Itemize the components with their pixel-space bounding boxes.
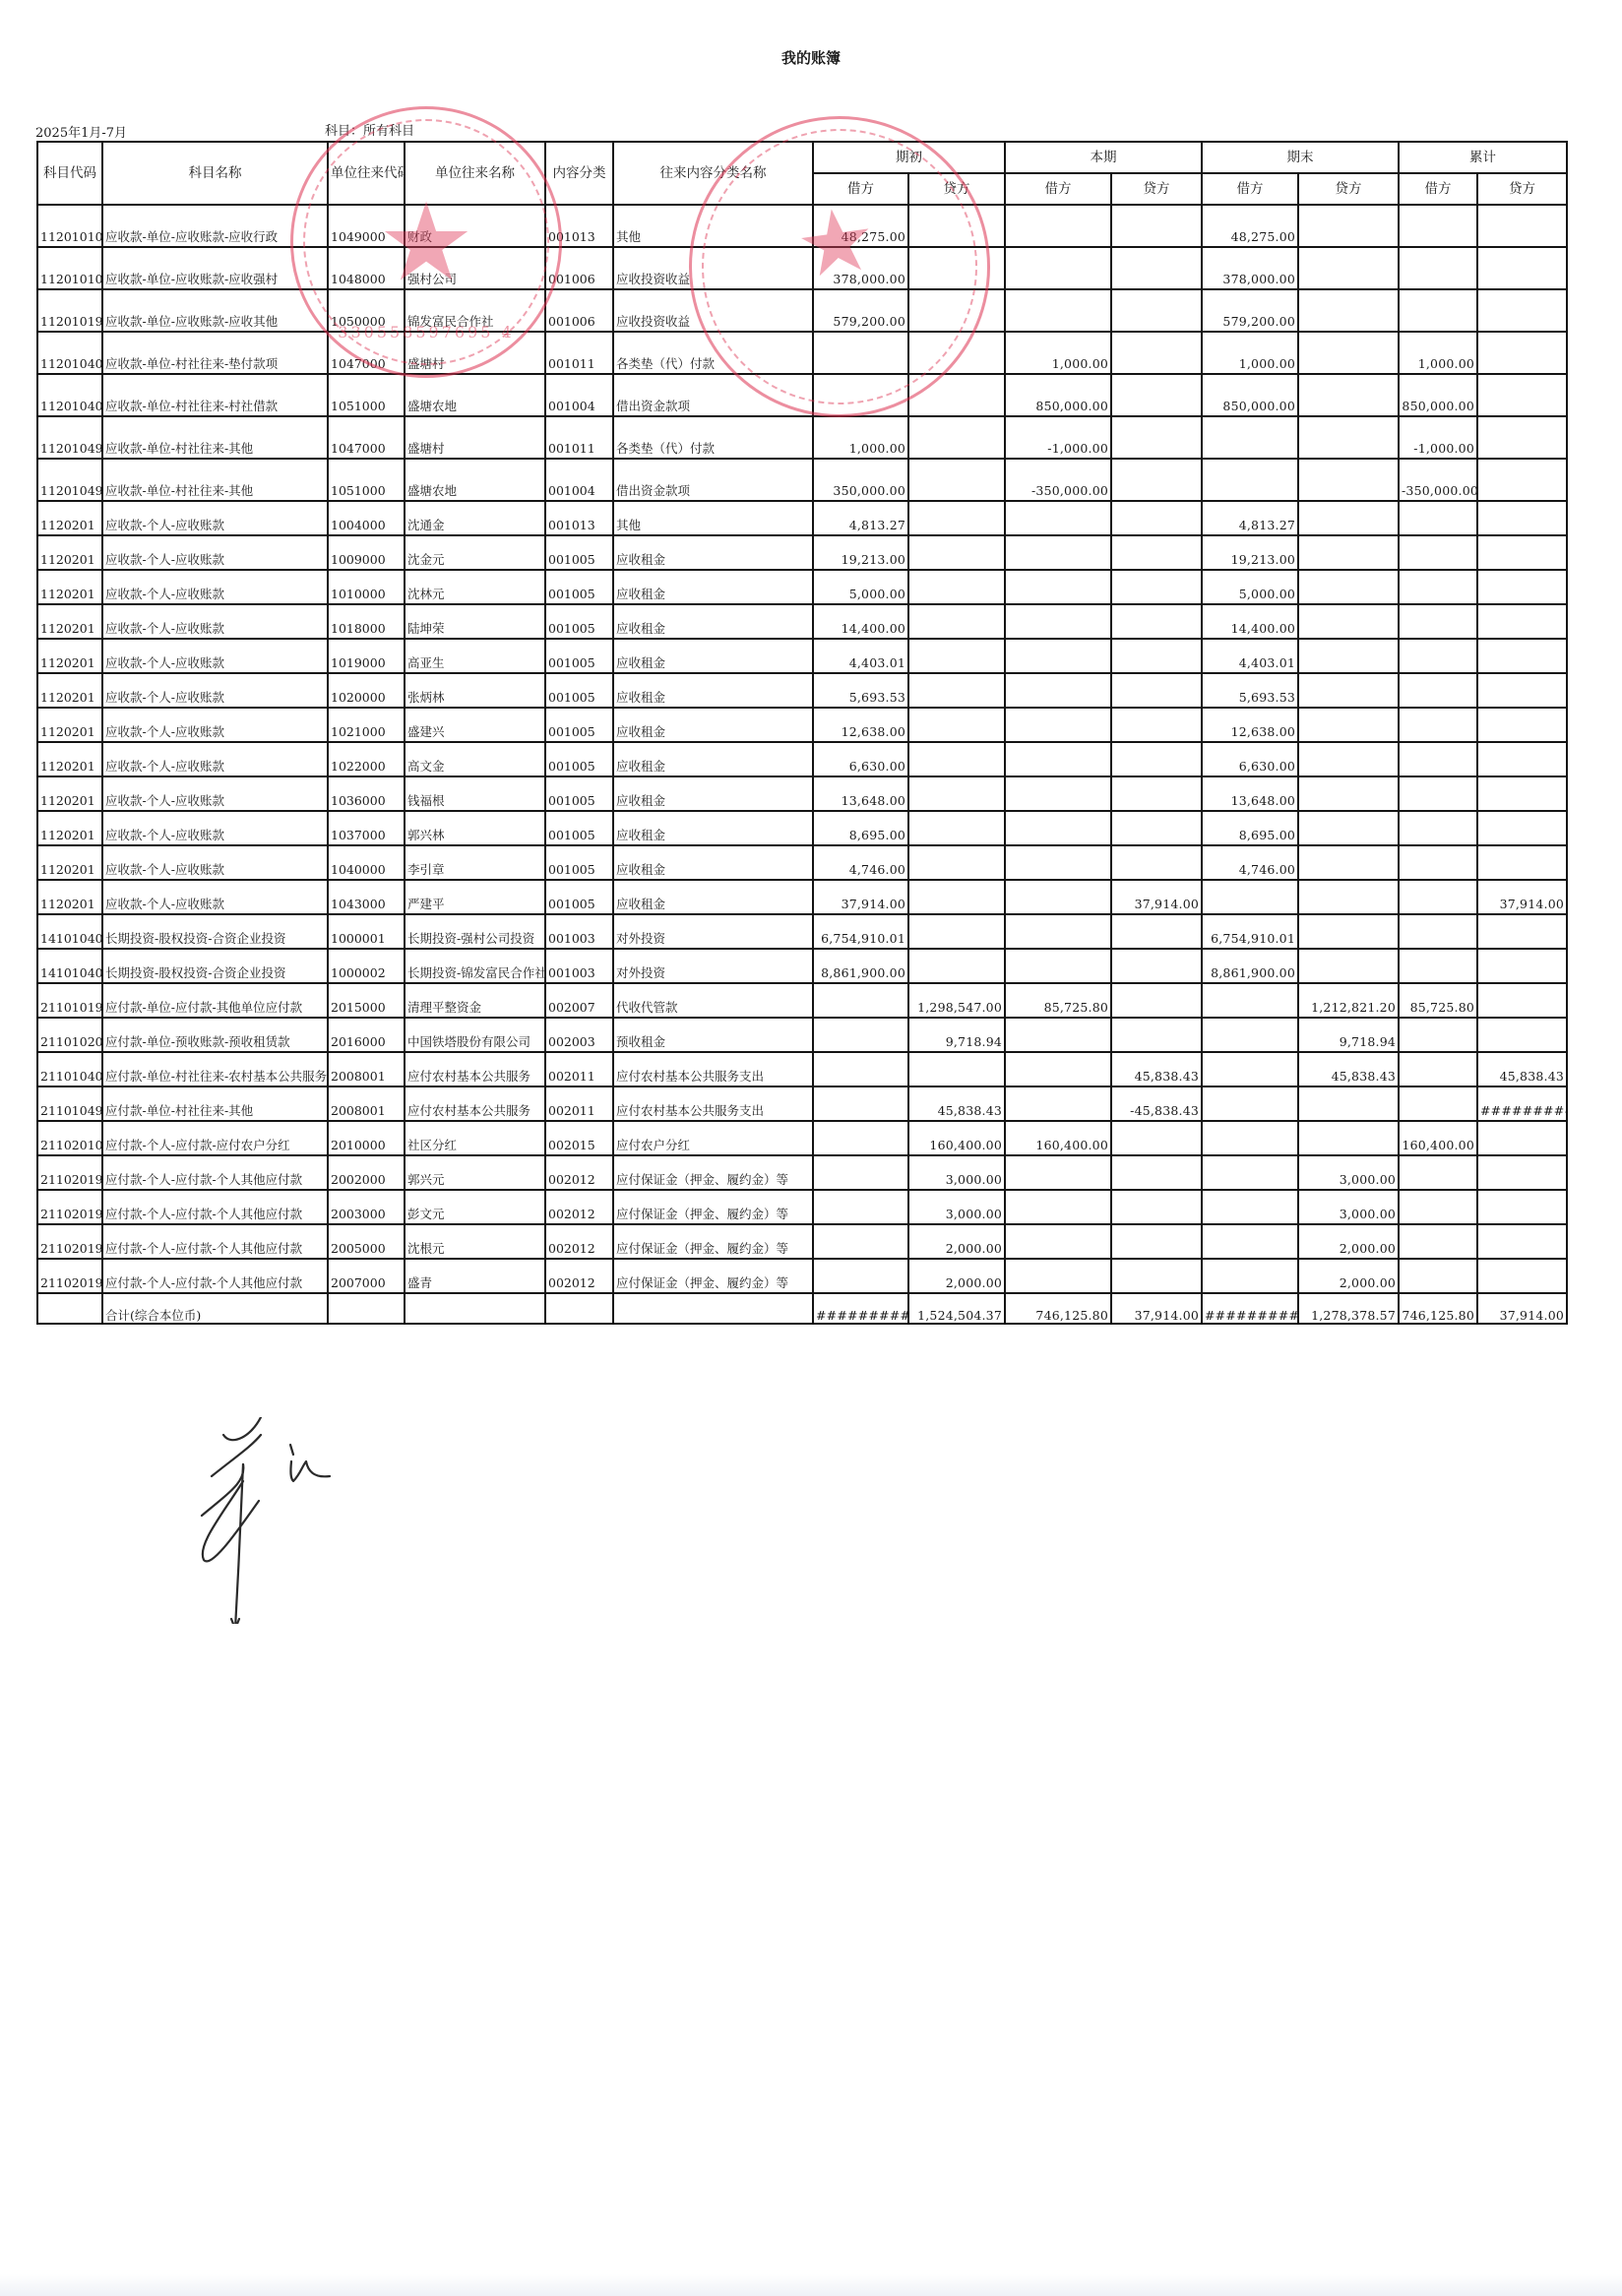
cumulative-debit-cell bbox=[1399, 776, 1477, 811]
cumulative-credit-cell bbox=[1477, 604, 1567, 639]
unit-code-cell: 1004000 bbox=[328, 501, 405, 535]
opening-credit-cell bbox=[908, 845, 1005, 880]
content-class-name-cell: 应付保证金（押金、履约金）等 bbox=[613, 1224, 813, 1259]
current-debit-cell: 1,000.00 bbox=[1005, 332, 1111, 374]
total-empty-cell bbox=[405, 1293, 545, 1324]
content-class-cell: 001011 bbox=[545, 416, 613, 459]
content-class-name-cell: 应收租金 bbox=[613, 604, 813, 639]
content-class-name-cell: 应收租金 bbox=[613, 776, 813, 811]
opening-credit-cell bbox=[908, 332, 1005, 374]
opening-debit-cell: 8,695.00 bbox=[813, 811, 908, 845]
subject-name-cell: 应收款-个人-应收账款 bbox=[102, 742, 328, 776]
current-credit-cell bbox=[1111, 501, 1202, 535]
subject-name-cell: 应收款-个人-应收账款 bbox=[102, 570, 328, 604]
opening-credit-cell bbox=[908, 639, 1005, 673]
cumulative-debit-cell: 1,000.00 bbox=[1399, 332, 1477, 374]
total-cur-dr-cell: 746,125.80 bbox=[1005, 1293, 1111, 1324]
content-class-name-cell: 应付保证金（押金、履约金）等 bbox=[613, 1190, 813, 1224]
cumulative-debit-cell bbox=[1399, 708, 1477, 742]
content-class-cell: 001005 bbox=[545, 742, 613, 776]
cumulative-credit-cell bbox=[1477, 1018, 1567, 1052]
current-credit-cell bbox=[1111, 416, 1202, 459]
subject-code-cell: 1120201 bbox=[37, 845, 102, 880]
opening-debit-cell bbox=[813, 1052, 908, 1086]
cumulative-debit-cell bbox=[1399, 1259, 1477, 1293]
ending-credit-cell bbox=[1298, 247, 1399, 289]
unit-code-cell: 1050000 bbox=[328, 289, 405, 332]
cumulative-credit-cell bbox=[1477, 416, 1567, 459]
header-unit-code: 单位往来代码 bbox=[328, 142, 405, 205]
opening-debit-cell bbox=[813, 1086, 908, 1121]
opening-credit-cell bbox=[908, 501, 1005, 535]
unit-name-cell: 盛青 bbox=[405, 1259, 545, 1293]
table-row: 11201019应收款-单位-应收账款-应收其他1050000锦发富民合作社00… bbox=[37, 289, 1567, 332]
unit-code-cell: 1047000 bbox=[328, 416, 405, 459]
unit-name-cell: 盛塘农地 bbox=[405, 374, 545, 416]
content-class-cell: 001005 bbox=[545, 880, 613, 914]
current-credit-cell bbox=[1111, 205, 1202, 247]
unit-name-cell: 社区分红 bbox=[405, 1121, 545, 1155]
ending-credit-cell bbox=[1298, 289, 1399, 332]
ending-credit-cell: 9,718.94 bbox=[1298, 1018, 1399, 1052]
unit-code-cell: 1047000 bbox=[328, 332, 405, 374]
subject-name-cell: 应收款-个人-应收账款 bbox=[102, 604, 328, 639]
cumulative-credit-cell bbox=[1477, 289, 1567, 332]
unit-name-cell: 应付农村基本公共服务 bbox=[405, 1086, 545, 1121]
cumulative-debit-cell bbox=[1399, 1018, 1477, 1052]
content-class-name-cell: 其他 bbox=[613, 501, 813, 535]
document-title: 我的账簿 bbox=[0, 47, 1622, 68]
ending-debit-cell bbox=[1202, 1259, 1298, 1293]
opening-debit-cell: 6,630.00 bbox=[813, 742, 908, 776]
opening-credit-cell: 45,838.43 bbox=[908, 1086, 1005, 1121]
cumulative-credit-cell bbox=[1477, 1121, 1567, 1155]
header-credit: 贷方 bbox=[1298, 173, 1399, 205]
subject-name-cell: 应付款-单位-村社往来-农村基本公共服务 bbox=[102, 1052, 328, 1086]
subject-code-cell: 1120201 bbox=[37, 604, 102, 639]
cumulative-credit-cell bbox=[1477, 501, 1567, 535]
table-row: 1120201应收款-个人-应收账款1010000沈林元001005应收租金5,… bbox=[37, 570, 1567, 604]
opening-credit-cell bbox=[908, 416, 1005, 459]
cumulative-debit-cell: 850,000.00 bbox=[1399, 374, 1477, 416]
unit-code-cell: 2016000 bbox=[328, 1018, 405, 1052]
subject-code-cell: 1120201 bbox=[37, 535, 102, 570]
content-class-cell: 002011 bbox=[545, 1086, 613, 1121]
ending-credit-cell bbox=[1298, 673, 1399, 708]
unit-name-cell: 长期投资-锦发富民合作社 bbox=[405, 949, 545, 983]
table-row: 1120201应收款-个人-应收账款1019000高亚生001005应收租金4,… bbox=[37, 639, 1567, 673]
unit-code-cell: 1043000 bbox=[328, 880, 405, 914]
content-class-cell: 002012 bbox=[545, 1224, 613, 1259]
current-debit-cell bbox=[1005, 1155, 1111, 1190]
content-class-cell: 001003 bbox=[545, 949, 613, 983]
ending-credit-cell bbox=[1298, 535, 1399, 570]
unit-name-cell: 中国铁塔股份有限公司 bbox=[405, 1018, 545, 1052]
content-class-name-cell: 应收租金 bbox=[613, 639, 813, 673]
ending-debit-cell bbox=[1202, 1224, 1298, 1259]
opening-credit-cell bbox=[908, 604, 1005, 639]
opening-debit-cell: 37,914.00 bbox=[813, 880, 908, 914]
table-row: 21101040应付款-单位-村社往来-农村基本公共服务2008001应付农村基… bbox=[37, 1052, 1567, 1086]
content-class-name-cell: 应收租金 bbox=[613, 742, 813, 776]
total-empty-cell bbox=[37, 1293, 102, 1324]
current-debit-cell bbox=[1005, 289, 1111, 332]
opening-debit-cell: 378,000.00 bbox=[813, 247, 908, 289]
ending-debit-cell: 5,000.00 bbox=[1202, 570, 1298, 604]
content-class-cell: 002015 bbox=[545, 1121, 613, 1155]
opening-debit-cell bbox=[813, 1121, 908, 1155]
cumulative-debit-cell bbox=[1399, 570, 1477, 604]
total-row: 合计(综合本位币)###########1,524,504.37746,125.… bbox=[37, 1293, 1567, 1324]
subject-name-cell: 应收款-个人-应收账款 bbox=[102, 880, 328, 914]
unit-name-cell: 沈根元 bbox=[405, 1224, 545, 1259]
content-class-name-cell: 代收代管款 bbox=[613, 983, 813, 1018]
unit-code-cell: 1021000 bbox=[328, 708, 405, 742]
current-credit-cell bbox=[1111, 1224, 1202, 1259]
table-row: 1120201应收款-个人-应收账款1009000沈金元001005应收租金19… bbox=[37, 535, 1567, 570]
opening-credit-cell: 1,298,547.00 bbox=[908, 983, 1005, 1018]
cumulative-credit-cell bbox=[1477, 776, 1567, 811]
content-class-cell: 002012 bbox=[545, 1259, 613, 1293]
cumulative-credit-cell: 37,914.00 bbox=[1477, 880, 1567, 914]
unit-code-cell: 1019000 bbox=[328, 639, 405, 673]
ending-credit-cell bbox=[1298, 374, 1399, 416]
cumulative-credit-cell bbox=[1477, 742, 1567, 776]
content-class-name-cell: 应收投资收益 bbox=[613, 247, 813, 289]
unit-name-cell: 沈金元 bbox=[405, 535, 545, 570]
subject-name-cell: 应付款-个人-应付款-个人其他应付款 bbox=[102, 1224, 328, 1259]
unit-code-cell: 2010000 bbox=[328, 1121, 405, 1155]
opening-credit-cell: 160,400.00 bbox=[908, 1121, 1005, 1155]
unit-code-cell: 1022000 bbox=[328, 742, 405, 776]
ending-debit-cell: 4,403.01 bbox=[1202, 639, 1298, 673]
opening-debit-cell: 48,275.00 bbox=[813, 205, 908, 247]
total-label: 合计(综合本位币) bbox=[102, 1293, 328, 1324]
ending-credit-cell bbox=[1298, 742, 1399, 776]
ending-credit-cell: 1,212,821.20 bbox=[1298, 983, 1399, 1018]
subject-code-cell: 1120201 bbox=[37, 501, 102, 535]
cumulative-credit-cell bbox=[1477, 535, 1567, 570]
header-row-groups: 科目代码 科目名称 单位往来代码 单位往来名称 内容分类 往来内容分类名称 期初… bbox=[37, 142, 1567, 173]
cumulative-credit-cell bbox=[1477, 983, 1567, 1018]
content-class-cell: 001006 bbox=[545, 247, 613, 289]
opening-debit-cell: 14,400.00 bbox=[813, 604, 908, 639]
content-class-name-cell: 应付农户分红 bbox=[613, 1121, 813, 1155]
content-class-name-cell: 应付保证金（押金、履约金）等 bbox=[613, 1155, 813, 1190]
ending-debit-cell bbox=[1202, 1190, 1298, 1224]
cumulative-credit-cell bbox=[1477, 811, 1567, 845]
cumulative-credit-cell bbox=[1477, 570, 1567, 604]
current-debit-cell bbox=[1005, 1018, 1111, 1052]
subject-name-cell: 应付款-个人-应付款-个人其他应付款 bbox=[102, 1155, 328, 1190]
ending-debit-cell: 4,746.00 bbox=[1202, 845, 1298, 880]
current-debit-cell bbox=[1005, 1224, 1111, 1259]
ending-debit-cell: 6,754,910.01 bbox=[1202, 914, 1298, 949]
current-credit-cell bbox=[1111, 459, 1202, 501]
content-class-cell: 001005 bbox=[545, 570, 613, 604]
current-debit-cell bbox=[1005, 1086, 1111, 1121]
ending-debit-cell bbox=[1202, 1052, 1298, 1086]
subject-name-cell: 应付款-单位-应付款-其他单位应付款 bbox=[102, 983, 328, 1018]
table-row: 1120201应收款-个人-应收账款1022000高文金001005应收租金6,… bbox=[37, 742, 1567, 776]
current-debit-cell: -350,000.00 bbox=[1005, 459, 1111, 501]
subject-code-cell: 21102019 bbox=[37, 1224, 102, 1259]
opening-credit-cell: 9,718.94 bbox=[908, 1018, 1005, 1052]
header-debit: 借方 bbox=[1005, 173, 1111, 205]
ending-debit-cell: 4,813.27 bbox=[1202, 501, 1298, 535]
content-class-cell: 001006 bbox=[545, 289, 613, 332]
header-credit: 贷方 bbox=[1111, 173, 1202, 205]
opening-credit-cell: 3,000.00 bbox=[908, 1190, 1005, 1224]
table-row: 11201040应收款-单位-村社往来-垫付款项1047000盛塘村001011… bbox=[37, 332, 1567, 374]
opening-credit-cell: 2,000.00 bbox=[908, 1224, 1005, 1259]
content-class-cell: 001005 bbox=[545, 535, 613, 570]
opening-credit-cell bbox=[908, 535, 1005, 570]
subject-name-cell: 应付款-个人-应付款-应付农户分红 bbox=[102, 1121, 328, 1155]
subject-name-cell: 应收款-单位-应收账款-应收其他 bbox=[102, 289, 328, 332]
cumulative-debit-cell bbox=[1399, 1052, 1477, 1086]
cumulative-debit-cell bbox=[1399, 845, 1477, 880]
unit-name-cell: 财政 bbox=[405, 205, 545, 247]
cumulative-debit-cell bbox=[1399, 535, 1477, 570]
opening-credit-cell bbox=[908, 1052, 1005, 1086]
current-debit-cell bbox=[1005, 247, 1111, 289]
header-credit: 贷方 bbox=[1477, 173, 1567, 205]
opening-debit-cell bbox=[813, 1224, 908, 1259]
cumulative-credit-cell bbox=[1477, 639, 1567, 673]
unit-name-cell: 盛塘农地 bbox=[405, 459, 545, 501]
unit-code-cell: 1000001 bbox=[328, 914, 405, 949]
table-row: 21102019应付款-个人-应付款-个人其他应付款2003000彭文元0020… bbox=[37, 1190, 1567, 1224]
unit-code-cell: 1037000 bbox=[328, 811, 405, 845]
ending-debit-cell bbox=[1202, 459, 1298, 501]
current-debit-cell bbox=[1005, 501, 1111, 535]
current-debit-cell: 160,400.00 bbox=[1005, 1121, 1111, 1155]
header-group-cumulative: 累计 bbox=[1399, 142, 1567, 173]
content-class-cell: 001005 bbox=[545, 845, 613, 880]
unit-name-cell: 清理平整资金 bbox=[405, 983, 545, 1018]
current-credit-cell bbox=[1111, 811, 1202, 845]
current-debit-cell bbox=[1005, 1052, 1111, 1086]
scan-edge bbox=[0, 2274, 1622, 2296]
current-debit-cell bbox=[1005, 811, 1111, 845]
ending-debit-cell: 8,695.00 bbox=[1202, 811, 1298, 845]
cumulative-debit-cell: -350,000.00 bbox=[1399, 459, 1477, 501]
unit-name-cell: 沈林元 bbox=[405, 570, 545, 604]
opening-credit-cell bbox=[908, 459, 1005, 501]
subject-code-cell: 21101040 bbox=[37, 1052, 102, 1086]
unit-name-cell: 彭文元 bbox=[405, 1190, 545, 1224]
ending-credit-cell bbox=[1298, 416, 1399, 459]
current-debit-cell bbox=[1005, 673, 1111, 708]
table-row: 1120201应收款-个人-应收账款1037000郭兴林001005应收租金8,… bbox=[37, 811, 1567, 845]
ending-debit-cell: 6,630.00 bbox=[1202, 742, 1298, 776]
table-row: 1120201应收款-个人-应收账款1040000李引章001005应收租金4,… bbox=[37, 845, 1567, 880]
total-cum-dr-cell: 746,125.80 bbox=[1399, 1293, 1477, 1324]
current-debit-cell bbox=[1005, 639, 1111, 673]
content-class-name-cell: 应付农村基本公共服务支出 bbox=[613, 1086, 813, 1121]
current-debit-cell bbox=[1005, 535, 1111, 570]
subject-name-cell: 应收款-个人-应收账款 bbox=[102, 501, 328, 535]
current-credit-cell bbox=[1111, 742, 1202, 776]
unit-code-cell: 2005000 bbox=[328, 1224, 405, 1259]
unit-code-cell: 2008001 bbox=[328, 1086, 405, 1121]
current-credit-cell bbox=[1111, 1190, 1202, 1224]
opening-credit-cell: 2,000.00 bbox=[908, 1259, 1005, 1293]
unit-code-cell: 1048000 bbox=[328, 247, 405, 289]
ending-credit-cell: 3,000.00 bbox=[1298, 1190, 1399, 1224]
content-class-name-cell: 各类垫（代）付款 bbox=[613, 332, 813, 374]
content-class-name-cell: 应收租金 bbox=[613, 880, 813, 914]
unit-code-cell: 1020000 bbox=[328, 673, 405, 708]
current-credit-cell bbox=[1111, 983, 1202, 1018]
opening-credit-cell bbox=[908, 570, 1005, 604]
handwritten-signature-icon bbox=[192, 1417, 349, 1624]
total-empty-cell bbox=[328, 1293, 405, 1324]
subject-code-cell: 11201010 bbox=[37, 247, 102, 289]
table-row: 11201010应收款-单位-应收账款-应收强村1048000强村公司00100… bbox=[37, 247, 1567, 289]
opening-debit-cell bbox=[813, 374, 908, 416]
table-row: 1120201应收款-个人-应收账款1018000陆坤荣001005应收租金14… bbox=[37, 604, 1567, 639]
unit-name-cell: 沈通金 bbox=[405, 501, 545, 535]
ending-debit-cell bbox=[1202, 1086, 1298, 1121]
ending-debit-cell: 12,638.00 bbox=[1202, 708, 1298, 742]
cumulative-credit-cell bbox=[1477, 1155, 1567, 1190]
ending-credit-cell bbox=[1298, 776, 1399, 811]
subject-name-cell: 应收款-个人-应收账款 bbox=[102, 845, 328, 880]
unit-name-cell: 陆坤荣 bbox=[405, 604, 545, 639]
content-class-name-cell: 对外投资 bbox=[613, 914, 813, 949]
cumulative-debit-cell bbox=[1399, 289, 1477, 332]
current-debit-cell: -1,000.00 bbox=[1005, 416, 1111, 459]
current-credit-cell bbox=[1111, 673, 1202, 708]
content-class-cell: 001005 bbox=[545, 708, 613, 742]
total-end-dr-cell: ############ bbox=[1202, 1293, 1298, 1324]
content-class-name-cell: 借出资金款项 bbox=[613, 374, 813, 416]
content-class-cell: 001005 bbox=[545, 776, 613, 811]
cumulative-debit-cell bbox=[1399, 811, 1477, 845]
unit-name-cell: 钱福根 bbox=[405, 776, 545, 811]
report-period: 2025年1月-7月 bbox=[35, 122, 127, 141]
content-class-cell: 002011 bbox=[545, 1052, 613, 1086]
content-class-name-cell: 对外投资 bbox=[613, 949, 813, 983]
subject-name-cell: 应付款-单位-预收账款-预收租赁款 bbox=[102, 1018, 328, 1052]
ending-credit-cell bbox=[1298, 708, 1399, 742]
ending-credit-cell bbox=[1298, 639, 1399, 673]
cumulative-credit-cell bbox=[1477, 205, 1567, 247]
content-class-cell: 001003 bbox=[545, 914, 613, 949]
ending-debit-cell: 378,000.00 bbox=[1202, 247, 1298, 289]
content-class-cell: 001011 bbox=[545, 332, 613, 374]
subject-code-cell: 11201049 bbox=[37, 459, 102, 501]
total-open-cr-cell: 1,524,504.37 bbox=[908, 1293, 1005, 1324]
ending-credit-cell: 3,000.00 bbox=[1298, 1155, 1399, 1190]
header-group-ending: 期末 bbox=[1202, 142, 1399, 173]
cumulative-debit-cell bbox=[1399, 914, 1477, 949]
current-credit-cell bbox=[1111, 1155, 1202, 1190]
ending-debit-cell bbox=[1202, 1121, 1298, 1155]
subject-name-cell: 应收款-单位-村社往来-其他 bbox=[102, 459, 328, 501]
ending-credit-cell bbox=[1298, 1086, 1399, 1121]
unit-name-cell: 严建平 bbox=[405, 880, 545, 914]
cumulative-credit-cell bbox=[1477, 374, 1567, 416]
table-row: 1120201应收款-个人-应收账款1004000沈通金001013其他4,81… bbox=[37, 501, 1567, 535]
content-class-name-cell: 应收租金 bbox=[613, 845, 813, 880]
header-debit: 借方 bbox=[1202, 173, 1298, 205]
cumulative-debit-cell: 85,725.80 bbox=[1399, 983, 1477, 1018]
ending-debit-cell: 579,200.00 bbox=[1202, 289, 1298, 332]
subject-code-cell: 11201040 bbox=[37, 332, 102, 374]
table-row: 14101040长期投资-股权投资-合资企业投资1000001长期投资-强村公司… bbox=[37, 914, 1567, 949]
subject-name-cell: 应收款-个人-应收账款 bbox=[102, 639, 328, 673]
subject-name-cell: 应付款-个人-应付款-个人其他应付款 bbox=[102, 1190, 328, 1224]
table-row: 1120201应收款-个人-应收账款1043000严建平001005应收租金37… bbox=[37, 880, 1567, 914]
header-subject-name: 科目名称 bbox=[102, 142, 328, 205]
content-class-cell: 001004 bbox=[545, 459, 613, 501]
content-class-cell: 001013 bbox=[545, 501, 613, 535]
unit-name-cell: 郭兴林 bbox=[405, 811, 545, 845]
current-credit-cell: -45,838.43 bbox=[1111, 1086, 1202, 1121]
subject-name-cell: 长期投资-股权投资-合资企业投资 bbox=[102, 949, 328, 983]
subject-name-cell: 应收款-个人-应收账款 bbox=[102, 776, 328, 811]
subject-code-cell: 1120201 bbox=[37, 673, 102, 708]
subject-code-cell: 1120201 bbox=[37, 776, 102, 811]
current-credit-cell bbox=[1111, 332, 1202, 374]
table-row: 11201049应收款-单位-村社往来-其他1047000盛塘村001011各类… bbox=[37, 416, 1567, 459]
opening-debit-cell: 12,638.00 bbox=[813, 708, 908, 742]
current-debit-cell: 850,000.00 bbox=[1005, 374, 1111, 416]
ending-credit-cell bbox=[1298, 332, 1399, 374]
content-class-cell: 001005 bbox=[545, 639, 613, 673]
current-credit-cell bbox=[1111, 604, 1202, 639]
unit-name-cell: 盛塘村 bbox=[405, 332, 545, 374]
current-debit-cell bbox=[1005, 604, 1111, 639]
subject-name-cell: 应收款-单位-村社往来-村社借款 bbox=[102, 374, 328, 416]
header-content-class: 内容分类 bbox=[545, 142, 613, 205]
current-debit-cell bbox=[1005, 949, 1111, 983]
cumulative-debit-cell bbox=[1399, 1155, 1477, 1190]
content-class-cell: 001005 bbox=[545, 604, 613, 639]
header-credit: 贷方 bbox=[908, 173, 1005, 205]
subject-code-cell: 11201019 bbox=[37, 289, 102, 332]
opening-credit-cell bbox=[908, 247, 1005, 289]
unit-code-cell: 1018000 bbox=[328, 604, 405, 639]
current-debit-cell bbox=[1005, 880, 1111, 914]
subject-name-cell: 应收款-个人-应收账款 bbox=[102, 708, 328, 742]
content-class-cell: 001005 bbox=[545, 673, 613, 708]
current-debit-cell bbox=[1005, 1190, 1111, 1224]
cumulative-credit-cell bbox=[1477, 1259, 1567, 1293]
subject-code-cell: 1120201 bbox=[37, 639, 102, 673]
subject-code-cell: 1120201 bbox=[37, 811, 102, 845]
total-cur-cr-cell: 37,914.00 bbox=[1111, 1293, 1202, 1324]
current-credit-cell bbox=[1111, 949, 1202, 983]
unit-code-cell: 2008001 bbox=[328, 1052, 405, 1086]
opening-debit-cell: 5,693.53 bbox=[813, 673, 908, 708]
cumulative-debit-cell bbox=[1399, 1086, 1477, 1121]
ending-credit-cell bbox=[1298, 459, 1399, 501]
ending-debit-cell bbox=[1202, 1018, 1298, 1052]
table-row: 21101019应付款-单位-应付款-其他单位应付款2015000清理平整资金0… bbox=[37, 983, 1567, 1018]
unit-code-cell: 1040000 bbox=[328, 845, 405, 880]
current-debit-cell: 85,725.80 bbox=[1005, 983, 1111, 1018]
subject-code-cell: 21102019 bbox=[37, 1155, 102, 1190]
ending-credit-cell bbox=[1298, 949, 1399, 983]
ending-credit-cell: 2,000.00 bbox=[1298, 1224, 1399, 1259]
table-row: 21102019应付款-个人-应付款-个人其他应付款2007000盛青00201… bbox=[37, 1259, 1567, 1293]
subject-code-cell: 21101020 bbox=[37, 1018, 102, 1052]
opening-debit-cell: 13,648.00 bbox=[813, 776, 908, 811]
